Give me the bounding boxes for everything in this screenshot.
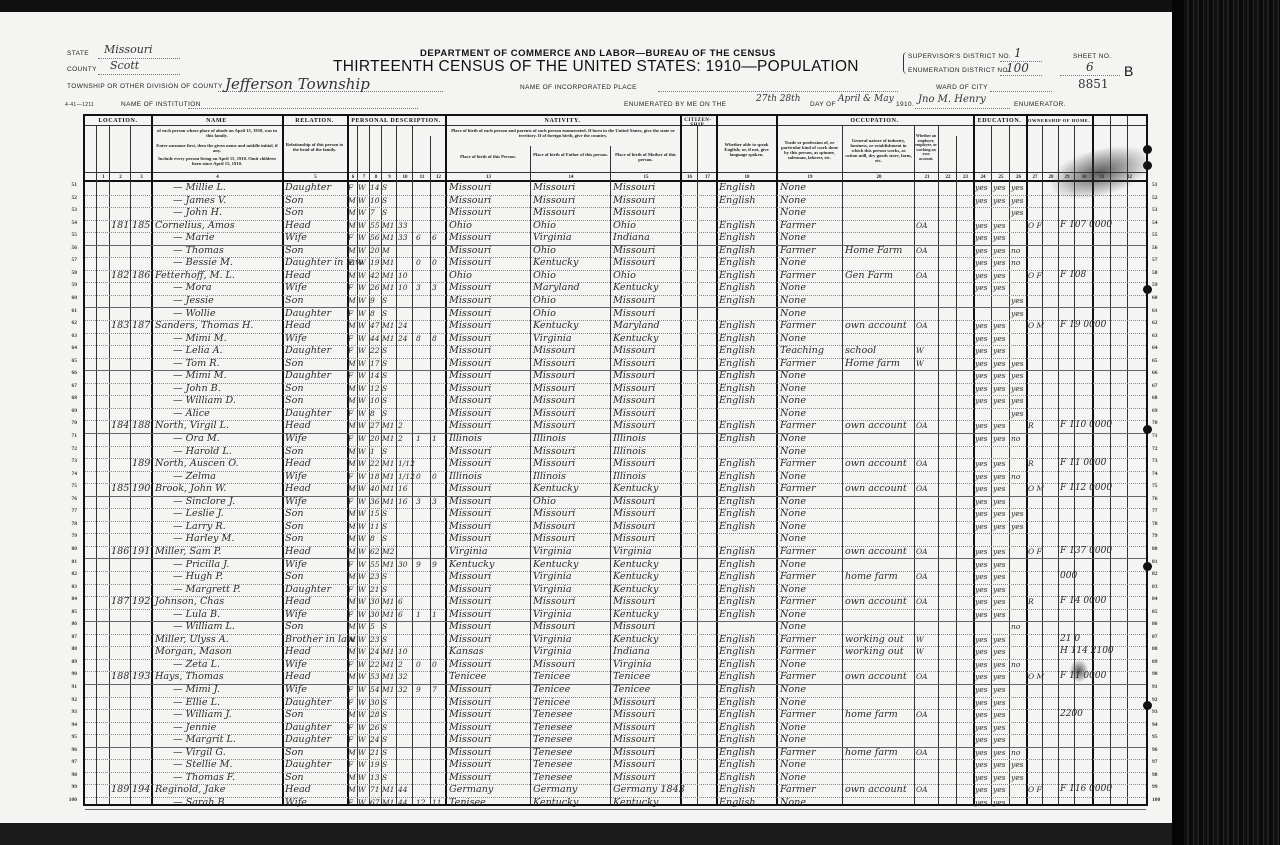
line-number: 57 — [63, 257, 77, 263]
trade: Farmer — [780, 483, 816, 494]
can-read: yes — [975, 508, 988, 519]
owned-rented: R — [1028, 596, 1034, 607]
marital-status: S — [382, 508, 387, 519]
column-number: 17 — [698, 175, 717, 180]
race: W — [358, 697, 366, 708]
father-birthplace: Missouri — [533, 182, 575, 193]
relation: Head — [285, 270, 311, 281]
column-number: 15 — [611, 175, 681, 180]
can-read: yes — [975, 282, 988, 293]
farm-schedule: F 19 0000 — [1060, 320, 1106, 331]
table-row: 189North, Auscen O.HeadMW22M11/12Missour… — [85, 458, 1146, 471]
father-birthplace: Missouri — [533, 395, 575, 406]
relation: Wife — [285, 471, 307, 482]
age: 8 — [370, 308, 375, 319]
column-number: 9 — [382, 175, 397, 180]
family-number: 194 — [132, 784, 150, 795]
race: W — [358, 408, 366, 419]
supervisor-label: Supervisor's District No. — [908, 53, 1011, 60]
relation: Son — [285, 747, 304, 758]
line-number: 61 — [63, 308, 77, 314]
sex: M — [348, 546, 356, 557]
person-name: — Margrett P. — [173, 584, 241, 595]
trade: Farmer — [780, 358, 816, 369]
birthplace: Missouri — [449, 458, 491, 469]
children-born: 1 — [416, 433, 421, 444]
trade: None — [780, 446, 806, 457]
farm-schedule: F 112 0000 — [1060, 483, 1112, 494]
relation: Son — [285, 533, 304, 544]
line-number: 69 — [63, 408, 77, 414]
race: W — [358, 797, 366, 808]
trade: None — [780, 496, 806, 507]
age: 47 — [370, 320, 380, 331]
line-number: 51 — [1152, 182, 1166, 188]
marital-status: M1 — [382, 797, 394, 808]
marital-status: S — [382, 408, 387, 419]
table-row: — JessieSonMW9SMissouriOhioMissouriEngli… — [85, 295, 1146, 308]
can-read: yes — [975, 395, 988, 406]
mother-birthplace: Missouri — [613, 245, 655, 256]
microfilm-edge — [1172, 0, 1280, 845]
can-read: yes — [975, 521, 988, 532]
father-birthplace: Tenesee — [533, 722, 572, 733]
line-number: 75 — [1152, 483, 1166, 489]
relation: Daughter — [285, 182, 331, 193]
trade: Farmer — [780, 596, 816, 607]
industry: school — [845, 345, 876, 356]
marital-status: S — [382, 571, 387, 582]
enumeration-value: 100 — [1006, 61, 1029, 75]
trade: None — [780, 559, 806, 570]
can-read: yes — [975, 182, 988, 193]
can-read: yes — [975, 559, 988, 570]
table-row: — John B.SonMW12SMissouriMissouriMissour… — [85, 383, 1146, 396]
sex: F — [348, 496, 353, 507]
language: English — [719, 257, 756, 268]
column-number: 19 — [777, 175, 843, 180]
table-row: — Virgil G.SonMW21SMissouriTeneseeMissou… — [85, 747, 1146, 760]
line-number: 61 — [1152, 308, 1166, 314]
race: W — [358, 671, 366, 682]
relation: Head — [285, 483, 311, 494]
marital-status: S — [382, 722, 387, 733]
person-name: — Stellie M. — [173, 759, 233, 770]
relation: Son — [285, 395, 304, 406]
employer-status: OA — [916, 483, 928, 494]
marital-status: M1 — [382, 784, 394, 795]
line-number: 72 — [1152, 446, 1166, 452]
can-write: yes — [993, 496, 1006, 507]
owned-rented: O F — [1028, 220, 1042, 231]
language: English — [719, 521, 756, 532]
sex: M — [348, 220, 356, 231]
age: 27 — [370, 420, 380, 431]
line-number: 51 — [63, 182, 77, 188]
sex: M — [348, 483, 356, 494]
marital-status: S — [382, 533, 387, 544]
can-write: yes — [993, 483, 1006, 494]
age: 28 — [370, 709, 380, 720]
column-number: 10 — [397, 175, 413, 180]
language: English — [719, 671, 756, 682]
race: W — [358, 684, 366, 695]
race: W — [358, 646, 366, 657]
trade: Farmer — [780, 245, 816, 256]
line-number: 77 — [1152, 508, 1166, 514]
father-birthplace: Ohio — [533, 295, 556, 306]
column-number: 22 — [939, 175, 957, 180]
person-name: — Pricilla J. — [173, 559, 229, 570]
can-read: yes — [975, 232, 988, 243]
mother-birthplace: Kentucky — [613, 282, 658, 293]
sex: M — [348, 709, 356, 720]
age: 44 — [370, 333, 380, 344]
race: W — [358, 383, 366, 394]
trade: Farmer — [780, 646, 816, 657]
column-number: 4 — [152, 175, 283, 180]
years-married: 2 — [398, 659, 403, 670]
line-number: 66 — [1152, 370, 1166, 376]
father-birthplace: Tenesee — [533, 759, 572, 770]
age: 53 — [370, 671, 380, 682]
birthplace: Missouri — [449, 320, 491, 331]
race: W — [358, 295, 366, 306]
column-number: 27 — [1027, 175, 1043, 180]
employer-status: W — [916, 345, 924, 356]
can-read: yes — [975, 358, 988, 369]
can-write: yes — [993, 333, 1006, 344]
father-birthplace: Missouri — [533, 596, 575, 607]
line-number: 84 — [63, 596, 77, 602]
can-write: yes — [993, 471, 1006, 482]
years-married: 30 — [398, 559, 408, 570]
can-read: yes — [975, 420, 988, 431]
can-read: yes — [975, 257, 988, 268]
sex: M — [348, 295, 356, 306]
relation: Son — [285, 195, 304, 206]
father-birthplace: Missouri — [533, 195, 575, 206]
father-birthplace: Virginia — [533, 333, 572, 344]
birthplace: Missouri — [449, 722, 491, 733]
language: English — [719, 646, 756, 657]
nativity-header-desc: Place of birth of each person and parent… — [449, 128, 677, 138]
relation: Wife — [285, 609, 307, 620]
race: W — [358, 220, 366, 231]
industry: own account — [845, 784, 907, 795]
trade: Farmer — [780, 458, 816, 469]
line-number: 72 — [63, 446, 77, 452]
marital-status: S — [382, 207, 387, 218]
relation: Daughter — [285, 697, 331, 708]
language: English — [719, 559, 756, 570]
father-birthplace: Tenesee — [533, 772, 572, 783]
table-row: — ZelmaWifeFW18M11/1200IllinoisIllinoisI… — [85, 471, 1146, 484]
mother-birthplace: Missouri — [613, 772, 655, 783]
marital-status: M1 — [382, 559, 394, 570]
birthplace: Missouri — [449, 245, 491, 256]
census-year: 1910. — [896, 101, 914, 108]
father-birthplace: Missouri — [533, 659, 575, 670]
person-name: — Virgil G. — [173, 747, 226, 758]
years-married: 33 — [398, 220, 408, 231]
sex: F — [348, 370, 353, 381]
line-number: 59 — [1152, 282, 1166, 288]
children-born: 8 — [416, 333, 421, 344]
farm-schedule: 000 — [1060, 571, 1077, 582]
marital-status: M1 — [382, 671, 394, 682]
line-number: 89 — [63, 659, 77, 665]
family-number: 192 — [132, 596, 150, 607]
age: 17 — [370, 358, 380, 369]
age: 22 — [370, 345, 380, 356]
table-row: — Lula B.WifeFW30M1611MissouriVirginiaKe… — [85, 609, 1146, 622]
column-number: 18 — [717, 175, 777, 180]
can-read: yes — [975, 722, 988, 733]
person-name: — Hugh P. — [173, 571, 223, 582]
mother-birthplace: Missouri — [613, 358, 655, 369]
line-number: 100 — [63, 797, 77, 803]
table-row: — James V.SonMW10SMissouriMissouriMissou… — [85, 195, 1146, 208]
dwelling-number: 186 — [111, 546, 129, 557]
line-number: 99 — [63, 784, 77, 790]
column-number: 13 — [446, 175, 531, 180]
relation: Brother in law — [285, 634, 355, 645]
relation: Head — [285, 546, 311, 557]
mother-birthplace: Missouri — [613, 621, 655, 632]
race: W — [358, 433, 366, 444]
table-row: — Ora M.WifeFW20M1211IllinoisIllinoisIll… — [85, 433, 1146, 446]
person-name: — Margrit L. — [173, 734, 236, 745]
marital-status: S — [382, 584, 387, 595]
birthplace: Missouri — [449, 345, 491, 356]
can-write: yes — [993, 320, 1006, 331]
race: W — [358, 320, 366, 331]
line-number: 90 — [1152, 671, 1166, 677]
line-number: 84 — [1152, 596, 1166, 602]
employer-status: OA — [916, 571, 928, 582]
attended-school: no — [1011, 747, 1020, 758]
relation: Son — [285, 772, 304, 783]
relation: Son — [285, 358, 304, 369]
relation: Daughter — [285, 345, 331, 356]
scan-border-top — [0, 0, 1172, 12]
person-name: — William D. — [173, 395, 236, 406]
name-header-include: Include every person living on April 15,… — [155, 156, 279, 166]
children-living: 9 — [432, 559, 437, 570]
can-write: yes — [993, 358, 1006, 369]
line-number: 56 — [63, 245, 77, 251]
line-number: 52 — [63, 195, 77, 201]
table-row: — John H.SonMW7SMissouriMissouriMissouri… — [85, 207, 1146, 220]
industry: working out — [845, 646, 904, 657]
can-read: yes — [975, 383, 988, 394]
relation: Son — [285, 621, 304, 632]
trade: None — [780, 533, 806, 544]
census-table: LOCATION. NAME RELATION. PERSONAL DESCRI… — [83, 114, 1148, 806]
race: W — [358, 395, 366, 406]
can-write: yes — [993, 559, 1006, 570]
county-line — [98, 74, 180, 75]
group-citizenship: CITIZEN-SHIP. — [680, 118, 716, 128]
race: W — [358, 245, 366, 256]
table-row: Miller, Ulyss A.Brother in lawMW23SMisso… — [85, 634, 1146, 647]
farm-schedule: F 116 0000 — [1060, 784, 1112, 795]
table-row: 189194Reginold, JakeHeadMW71M144GermanyG… — [85, 784, 1146, 797]
race: W — [358, 609, 366, 620]
marital-status: M1 — [382, 320, 394, 331]
birthplace: Missouri — [449, 734, 491, 745]
birthplace: Missouri — [449, 596, 491, 607]
trade: None — [780, 508, 806, 519]
mother-birthplace: Missouri — [613, 383, 655, 394]
relation: Head — [285, 420, 311, 431]
father-birthplace: Missouri — [533, 408, 575, 419]
farm-schedule: 2200 — [1060, 709, 1083, 720]
relation: Head — [285, 320, 311, 331]
attended-school: yes — [1011, 408, 1024, 419]
marital-status: M1 — [382, 471, 394, 482]
language: English — [719, 634, 756, 645]
marital-status: S — [382, 697, 387, 708]
line-number: 88 — [1152, 646, 1166, 652]
years-married: 10 — [398, 282, 408, 293]
age: 36 — [370, 496, 380, 507]
line-number: 71 — [63, 433, 77, 439]
children-born: 9 — [416, 684, 421, 695]
line-number: 76 — [63, 496, 77, 502]
table-row: — Tom R.SonMW17SMissouriMissouriMissouri… — [85, 358, 1146, 371]
column-number: 1 — [97, 175, 110, 180]
father-birthplace: Kentucky — [533, 559, 578, 570]
relation: Son — [285, 295, 304, 306]
column-number: 11 — [413, 175, 431, 180]
birthplace: Missouri — [449, 609, 491, 620]
sex: M — [348, 358, 356, 369]
person-name: North, Auscen O. — [155, 458, 239, 469]
birthplace: Missouri — [449, 207, 491, 218]
line-number: 82 — [1152, 571, 1166, 577]
line-number: 98 — [63, 772, 77, 778]
relation: Son — [285, 521, 304, 532]
employer-status: OA — [916, 546, 928, 557]
language: English — [719, 220, 756, 231]
can-read: yes — [975, 483, 988, 494]
language: English — [719, 370, 756, 381]
attended-school: yes — [1011, 383, 1024, 394]
owned-rented: R — [1028, 420, 1034, 431]
relation: Head — [285, 458, 311, 469]
birthplace: Missouri — [449, 571, 491, 582]
children-born: 3 — [416, 282, 421, 293]
can-write: yes — [993, 195, 1006, 206]
language: English — [719, 772, 756, 783]
birthplace: Missouri — [449, 772, 491, 783]
column-number: 26 — [1010, 175, 1027, 180]
race: W — [358, 458, 366, 469]
age: 8 — [370, 408, 375, 419]
line-number: 95 — [63, 734, 77, 740]
dwelling-number: 183 — [111, 320, 129, 331]
table-row: — Harold L.SonMW1SMissouriMissouriIllino… — [85, 446, 1146, 459]
mother-birthplace: Missouri — [613, 308, 655, 319]
trade: None — [780, 395, 806, 406]
family-number: 190 — [132, 483, 150, 494]
age: 24 — [370, 734, 380, 745]
years-married: 10 — [398, 646, 408, 657]
person-name: — Jessie — [173, 295, 214, 306]
can-read: yes — [975, 734, 988, 745]
farm-schedule: H 114 2100 — [1060, 646, 1114, 657]
children-living: 0 — [432, 257, 437, 268]
can-read: yes — [975, 709, 988, 720]
table-row: — Leslie J.SonMW15SMissouriMissouriMisso… — [85, 508, 1146, 521]
relation: Wife — [285, 559, 307, 570]
mother-birthplace: Kentucky — [613, 584, 658, 595]
race: W — [358, 621, 366, 632]
line-number: 65 — [63, 358, 77, 364]
line-number: 100 — [1152, 797, 1166, 803]
table-row: — Margrit L.DaughterFW24SMissouriTenesee… — [85, 734, 1146, 747]
race: W — [358, 370, 366, 381]
table-row: — Larry R.SonMW11SMissouriMissouriMissou… — [85, 521, 1146, 534]
trade: Farmer — [780, 634, 816, 645]
line-number: 58 — [63, 270, 77, 276]
person-name: — Mimi M. — [173, 333, 227, 344]
group-personal: PERSONAL DESCRIPTION. — [347, 118, 445, 124]
mother-birthplace: Illinois — [613, 471, 646, 482]
person-name: — Tom R. — [173, 358, 220, 369]
children-living: 7 — [432, 684, 437, 695]
marital-status: M1 — [382, 659, 394, 670]
sex: F — [348, 333, 353, 344]
language: English — [719, 734, 756, 745]
punch-hole — [1143, 562, 1152, 571]
years-married: 6 — [398, 609, 403, 620]
mother-birthplace: Missouri — [613, 496, 655, 507]
race: W — [358, 584, 366, 595]
column-number: 16 — [681, 175, 698, 180]
marital-status: S — [382, 195, 387, 206]
father-birthplace: Missouri — [533, 420, 575, 431]
birthplace: Missouri — [449, 182, 491, 193]
marital-status: S — [382, 345, 387, 356]
attended-school: yes — [1011, 508, 1024, 519]
children-born: 1 — [416, 609, 421, 620]
language: English — [719, 609, 756, 620]
can-read: yes — [975, 634, 988, 645]
can-write: yes — [993, 220, 1006, 231]
birthplace: Missouri — [449, 521, 491, 532]
line-number: 53 — [63, 207, 77, 213]
can-read: yes — [975, 458, 988, 469]
father-birthplace: Missouri — [533, 207, 575, 218]
age: 54 — [370, 684, 380, 695]
attended-school: yes — [1011, 195, 1024, 206]
can-write: yes — [993, 420, 1006, 431]
children-living: 6 — [432, 232, 437, 243]
column-number: 23 — [957, 175, 974, 180]
years-married: 33 — [398, 232, 408, 243]
birthplace: Missouri — [449, 308, 491, 319]
father-birthplace: Virginia — [533, 232, 572, 243]
age: 55 — [370, 220, 380, 231]
marital-status: S — [382, 182, 387, 193]
table-row: — Mimi J.WifeFW54M13297MissouriTeniceeTe… — [85, 684, 1146, 697]
trade: None — [780, 609, 806, 620]
race: W — [358, 759, 366, 770]
age: 21 — [370, 584, 380, 595]
